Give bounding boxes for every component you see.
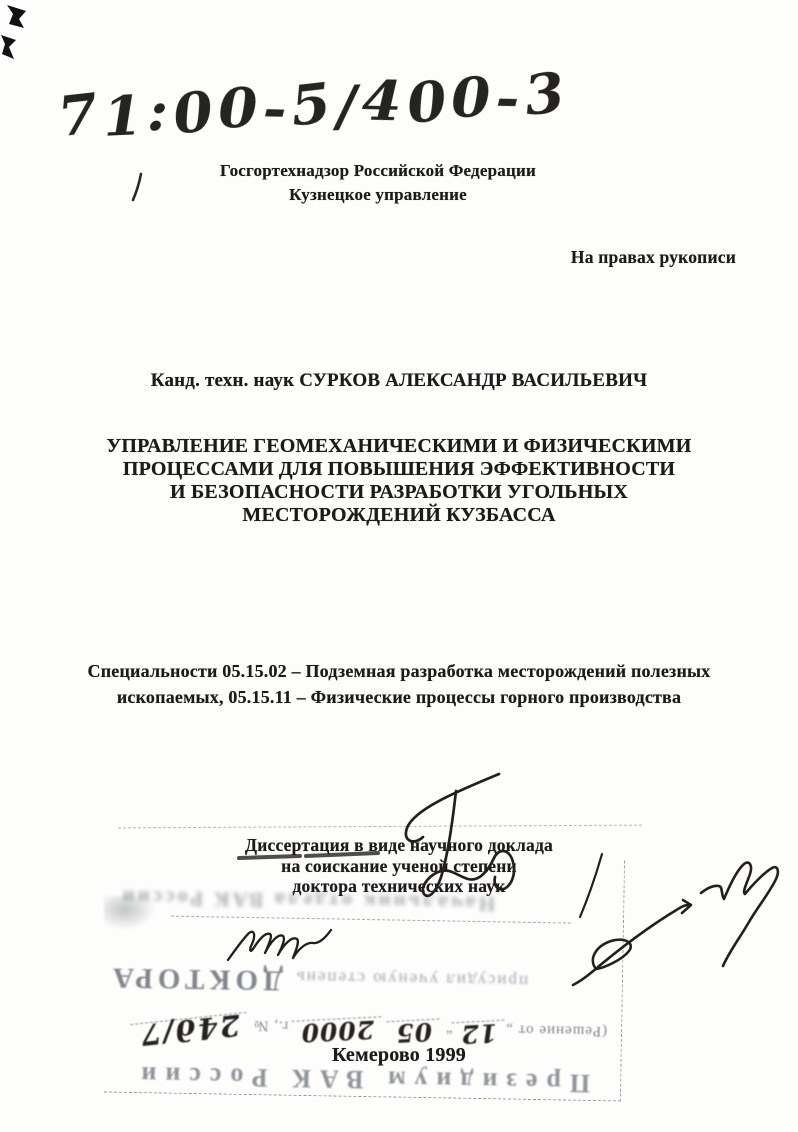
issuing-organization: Госгортехнадзор Российской Федерации Куз… (0, 159, 798, 207)
specialty-line: Специальности 05.15.02 – Подземная разра… (0, 658, 798, 684)
org-line-1: Госгортехнадзор Российской Федерации (0, 159, 798, 183)
stamp-inner-dashed-line (171, 916, 571, 924)
stamp-degree-line: присудил ученую степень ДОКТОРА (108, 961, 533, 1001)
stamp-degree-word: ДОКТОРА (108, 961, 284, 997)
stamp-decision-prefix: (Решение от „ (505, 1021, 607, 1039)
scanned-page: 71:00-5/400-3 Госгортехнадзор Российской… (0, 0, 798, 1132)
specialties-block: Специальности 05.15.02 – Подземная разра… (0, 658, 798, 710)
title-line: УПРАВЛЕНИЕ ГЕОМЕХАНИЧЕСКИМИ И ФИЗИЧЕСКИМ… (0, 435, 798, 458)
stamp-footer-line: Начальник отдела ВАК России (111, 885, 503, 917)
ink-smudge (104, 896, 156, 930)
stamp-degree-prefix: присудил ученую степень (295, 967, 528, 991)
handwritten-number: 24д/7 (130, 1012, 249, 1047)
title-line: ПРОЦЕССАМИ ДЛЯ ПОВЫШЕНИЯ ЭФФЕКТИВНОСТИ (0, 458, 798, 481)
author-line: Канд. техн. наук СУРКОВ АЛЕКСАНДР ВАСИЛЬ… (0, 370, 798, 392)
handwritten-year: 2000 (292, 1016, 383, 1044)
dissertation-title: УПРАВЛЕНИЕ ГЕОМЕХАНИЧЕСКИМИ И ФИЗИЧЕСКИМ… (0, 435, 798, 527)
title-line: И БЕЗОПАСНОСТИ РАЗРАБОТКИ УГОЛЬНЫХ (0, 481, 798, 504)
specialty-line: ископаемых, 05.15.11 – Физические процес… (0, 684, 798, 710)
stamp-edge-dashes (118, 825, 642, 829)
handwritten-day: 12 (452, 1020, 506, 1046)
manuscript-rights-note: На правах рукописи (571, 247, 736, 268)
scan-corner-marks-icon (0, 0, 40, 70)
org-line-2: Кузнецкое управление (0, 183, 798, 207)
handwritten-month: 05 (387, 1019, 441, 1045)
imprint-city-year: Кемерово 1999 (0, 1044, 798, 1067)
title-line: МЕСТОРОЖДЕНИЙ КУЗБАССА (0, 504, 798, 527)
stamp-decision-suffix: г., № (253, 1017, 293, 1034)
handwritten-catalog-number: 71:00-5/400-3 (57, 66, 479, 149)
